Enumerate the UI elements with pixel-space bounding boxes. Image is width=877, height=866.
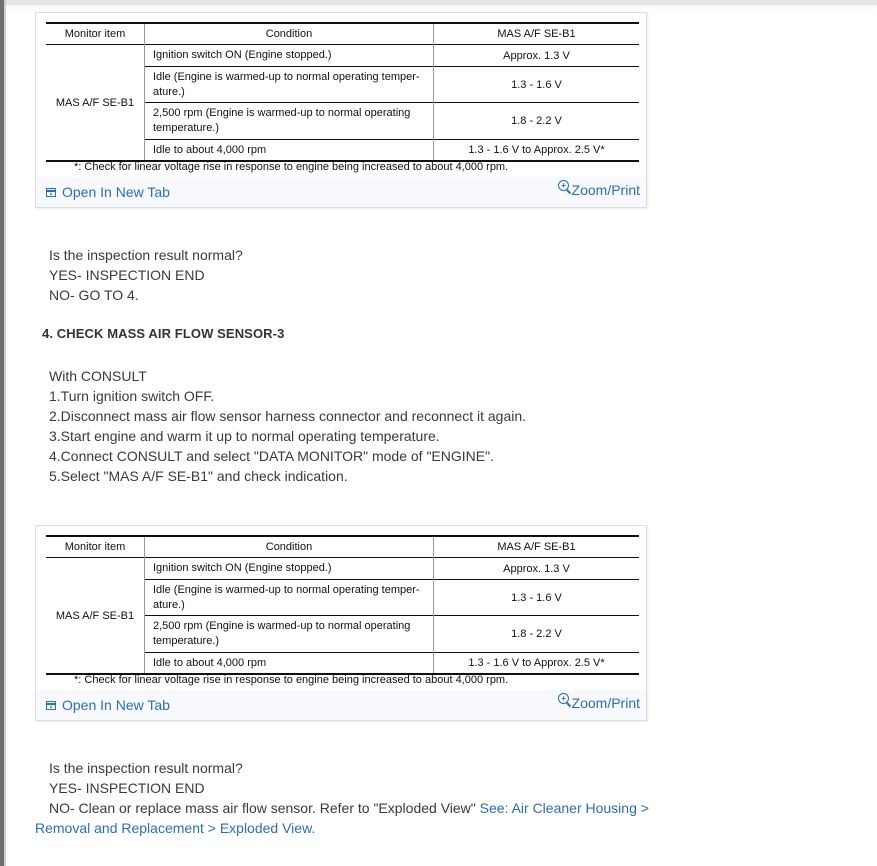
header-value: MAS A/F SE-B1 xyxy=(434,536,640,558)
question-text: Is the inspection result normal? xyxy=(49,758,649,778)
left-border-inner xyxy=(4,0,6,866)
table-footnote: *: Check for linear voltage rise in resp… xyxy=(74,674,508,686)
header-monitor-item: Monitor item xyxy=(46,536,145,558)
panel-footer: Open In New Tab +Zoom/Print xyxy=(36,177,646,207)
no-text: NO- Clean or replace mass air flow senso… xyxy=(49,800,480,816)
step-item: 3.Start engine and warm it up to normal … xyxy=(49,426,526,446)
no-text: NO- GO TO 4. xyxy=(49,285,243,305)
table-row: MAS A/F SE-B1 Ignition switch ON (Engine… xyxy=(46,45,639,67)
zoom-print-label: Zoom/Print xyxy=(572,182,640,198)
value-cell: Approx. 1.3 V xyxy=(434,558,640,580)
condition-cell: 2,500 rpm (Engine is warmed-up to normal… xyxy=(145,103,434,140)
step-heading: 4. CHECK MASS AIR FLOW SENSOR-3 xyxy=(42,326,284,341)
spec-table-panel-2: Monitor item Condition MAS A/F SE-B1 MAS… xyxy=(35,525,647,721)
zoom-print-link[interactable]: +Zoom/Print xyxy=(558,182,640,198)
link-continuation: Removal and Replacement > Exploded View. xyxy=(35,818,315,838)
yes-text: YES- INSPECTION END xyxy=(49,265,243,285)
value-cell: 1.3 - 1.6 V xyxy=(434,67,640,103)
zoom-print-link[interactable]: +Zoom/Print xyxy=(558,695,640,711)
inspection-result-1: Is the inspection result normal? YES- IN… xyxy=(49,245,243,305)
step-item: 4.Connect CONSULT and select "DATA MONIT… xyxy=(49,446,526,466)
header-value: MAS A/F SE-B1 xyxy=(434,23,640,45)
open-new-tab-icon xyxy=(46,701,56,710)
value-cell: Approx. 1.3 V xyxy=(434,45,640,67)
condition-cell: Idle (Engine is warmed-up to normal oper… xyxy=(145,580,434,616)
air-cleaner-housing-link[interactable]: See: Air Cleaner Housing > xyxy=(480,800,649,816)
condition-cell: Idle to about 4,000 rpm xyxy=(145,140,434,162)
header-monitor-item: Monitor item xyxy=(46,23,145,45)
inspection-result-2: Is the inspection result normal? YES- IN… xyxy=(49,758,649,818)
zoom-print-label: Zoom/Print xyxy=(572,695,640,711)
top-bar xyxy=(6,0,877,5)
spec-table-2: Monitor item Condition MAS A/F SE-B1 MAS… xyxy=(46,535,639,675)
header-condition: Condition xyxy=(145,23,434,45)
monitor-item-cell: MAS A/F SE-B1 xyxy=(46,45,145,162)
intro-text: With CONSULT xyxy=(49,366,526,386)
open-in-new-tab-link[interactable]: Open In New Tab xyxy=(46,184,170,200)
open-in-new-tab-label: Open In New Tab xyxy=(62,184,170,200)
step-item: 5.Select "MAS A/F SE-B1" and check indic… xyxy=(49,466,526,486)
open-in-new-tab-link[interactable]: Open In New Tab xyxy=(46,697,170,713)
condition-cell: Ignition switch ON (Engine stopped.) xyxy=(145,558,434,580)
value-cell: 1.8 - 2.2 V xyxy=(434,103,640,140)
value-cell: 1.8 - 2.2 V xyxy=(434,616,640,653)
step-4-instructions: With CONSULT 1.Turn ignition switch OFF.… xyxy=(49,366,526,486)
zoom-in-icon: + xyxy=(558,693,572,707)
condition-cell: Ignition switch ON (Engine stopped.) xyxy=(145,45,434,67)
spec-table-panel-1: Monitor item Condition MAS A/F SE-B1 MAS… xyxy=(35,12,647,208)
panel-footer: Open In New Tab +Zoom/Print xyxy=(36,690,646,720)
monitor-item-cell: MAS A/F SE-B1 xyxy=(46,558,145,675)
condition-cell: Idle (Engine is warmed-up to normal oper… xyxy=(145,67,434,103)
value-cell: 1.3 - 1.6 V xyxy=(434,580,640,616)
step-item: 1.Turn ignition switch OFF. xyxy=(49,386,526,406)
step-item: 2.Disconnect mass air flow sensor harnes… xyxy=(49,406,526,426)
open-in-new-tab-label: Open In New Tab xyxy=(62,697,170,713)
header-condition: Condition xyxy=(145,536,434,558)
exploded-view-link[interactable]: Removal and Replacement > Exploded View. xyxy=(35,820,315,836)
no-text-line: NO- Clean or replace mass air flow senso… xyxy=(49,798,649,818)
condition-cell: Idle to about 4,000 rpm xyxy=(145,653,434,675)
value-cell: 1.3 - 1.6 V to Approx. 2.5 V* xyxy=(434,140,640,162)
spec-table-1: Monitor item Condition MAS A/F SE-B1 MAS… xyxy=(46,22,639,162)
value-cell: 1.3 - 1.6 V to Approx. 2.5 V* xyxy=(434,653,640,675)
question-text: Is the inspection result normal? xyxy=(49,245,243,265)
open-new-tab-icon xyxy=(46,188,56,197)
zoom-in-icon: + xyxy=(558,180,572,194)
condition-cell: 2,500 rpm (Engine is warmed-up to normal… xyxy=(145,616,434,653)
yes-text: YES- INSPECTION END xyxy=(49,778,649,798)
table-footnote: *: Check for linear voltage rise in resp… xyxy=(74,161,508,173)
table-row: MAS A/F SE-B1 Ignition switch ON (Engine… xyxy=(46,558,639,580)
